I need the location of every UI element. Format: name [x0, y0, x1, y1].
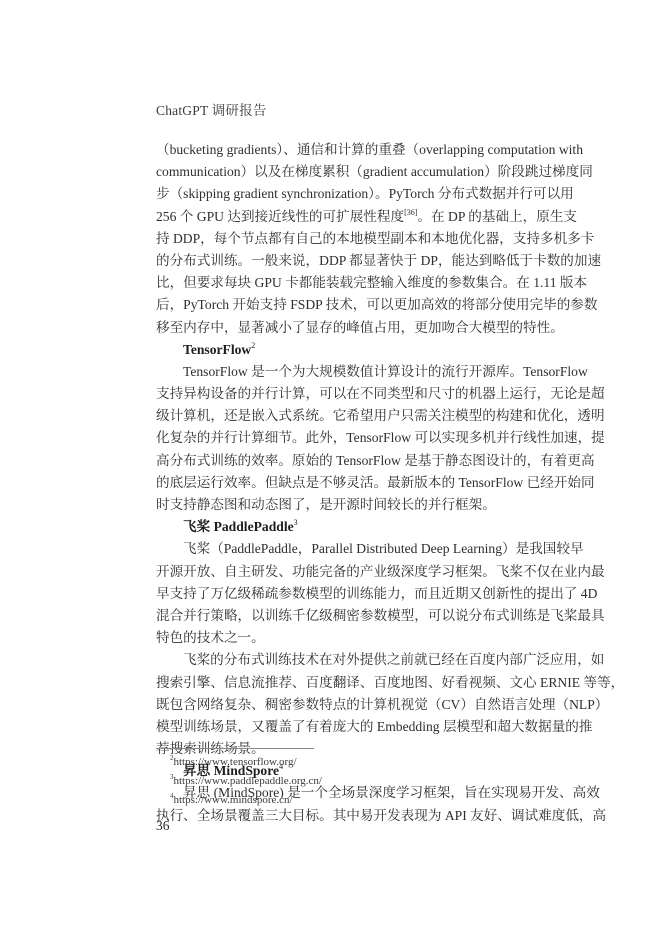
text-line: 飞桨（PaddlePaddle，Parallel Distributed Dee… — [156, 538, 530, 560]
footnote-mark-3[interactable]: 3 — [294, 518, 298, 527]
footnote-2: 2https://www.tensorflow.org/ — [170, 753, 322, 772]
footnote-link[interactable]: https://www.tensorflow.org/ — [174, 756, 297, 768]
text-line: 高分布式训练的效率。原始的 TensorFlow 是基于静态图设计的，有着更高 — [156, 450, 530, 472]
text-line: 的底层运行效率。但缺点是不够灵活。最新版本的 TensorFlow 已经开始同 — [156, 472, 530, 494]
text-line: 后，PyTorch 开始支持 FSDP 技术，可以更加高效的将部分使用完毕的参数 — [156, 294, 530, 316]
text-line: 级计算机，还是嵌入式系统。它希望用户只需关注模型的构建和优化，透明 — [156, 405, 530, 427]
section-heading-paddlepaddle: 飞桨 PaddlePaddle3 — [156, 516, 530, 538]
text-line: 混合并行策略，以训练千亿级稠密参数模型，可以说分布式训练是飞桨最具 — [156, 605, 530, 627]
running-header: ChatGPT 调研报告 — [156, 102, 267, 120]
citation-36[interactable]: [36] — [404, 208, 417, 217]
footnotes: 2https://www.tensorflow.org/ 3https://ww… — [170, 753, 322, 810]
text-line: 飞桨的分布式训练技术在对外提供之前就已经在百度内部广泛应用，如 — [156, 649, 530, 671]
text-segment: 。在 DP 的基础上，原生支 — [417, 209, 577, 224]
text-line: 比，但要求每块 GPU 卡都能装载完整输入维度的参数集合。在 1.11 版本 — [156, 272, 530, 294]
text-line: communication）以及在梯度累积（gradient accumulat… — [156, 161, 530, 183]
text-line: 时支持静态图和动态图了，是开源时间较长的并行框架。 — [156, 494, 530, 516]
footnote-4: 4https://www.mindspore.cn/ — [170, 791, 322, 810]
text-segment: 256 个 GPU 达到接近线性的可扩展性程度 — [156, 209, 404, 224]
page-number: 36 — [156, 817, 170, 835]
text-line: （bucketing gradients）、通信和计算的重叠（overlappi… — [156, 139, 530, 161]
text-line: 步（skipping gradient synchronization）。PyT… — [156, 183, 530, 205]
footnote-link[interactable]: https://www.mindspore.cn/ — [174, 794, 293, 806]
text-line: 特色的技术之一。 — [156, 627, 530, 649]
text-line: 移至内存中，显著减小了显存的峰值占用，更加吻合大模型的特性。 — [156, 317, 530, 339]
text-line: 化复杂的并行计算细节。此外，TensorFlow 可以实现多机并行线性加速，提 — [156, 427, 530, 449]
section-heading-tensorflow: TensorFlow2 — [156, 339, 530, 361]
footnote-link[interactable]: https://www.paddlepaddle.org.cn/ — [174, 775, 322, 787]
text-line-with-citation: 256 个 GPU 达到接近线性的可扩展性程度[36]。在 DP 的基础上，原生… — [156, 206, 530, 228]
document-page: ChatGPT 调研报告 （bucketing gradients）、通信和计算… — [0, 0, 660, 934]
text-line: TensorFlow 是一个为大规模数值计算设计的流行开源库。TensorFlo… — [156, 361, 530, 383]
heading-text: TensorFlow — [183, 342, 251, 357]
text-line: 支持异构设备的并行计算，可以在不同类型和尺寸的机器上运行，无论是超 — [156, 383, 530, 405]
text-line: 持 DDP，每个节点都有自己的本地模型副本和本地优化器，支持多机多卡 — [156, 228, 530, 250]
text-line: 早支持了万亿级稀疏参数模型的训练能力，而且近期又创新性的提出了 4D — [156, 583, 530, 605]
footnote-divider — [156, 748, 314, 749]
heading-text: 飞桨 PaddlePaddle — [183, 519, 294, 534]
text-line: 开源开放、自主研发、功能完备的产业级深度学习框架。飞桨不仅在业内最 — [156, 561, 530, 583]
text-line: 既包含网络复杂、稠密参数特点的计算机视觉（CV）自然语言处理（NLP） — [156, 694, 530, 716]
text-line: 的分布式训练。一般来说，DDP 都显著快于 DP，能达到略低于卡数的加速 — [156, 250, 530, 272]
footnote-mark-2[interactable]: 2 — [251, 341, 255, 350]
text-line: 模型训练场景，又覆盖了有着庞大的 Embedding 层模型和超大数据量的推 — [156, 716, 530, 738]
text-line: 搜索引擎、信息流推荐、百度翻译、百度地图、好看视频、文心 ERNIE 等等， — [156, 672, 530, 694]
footnote-3: 3https://www.paddlepaddle.org.cn/ — [170, 772, 322, 791]
body-text: （bucketing gradients）、通信和计算的重叠（overlappi… — [156, 139, 530, 827]
